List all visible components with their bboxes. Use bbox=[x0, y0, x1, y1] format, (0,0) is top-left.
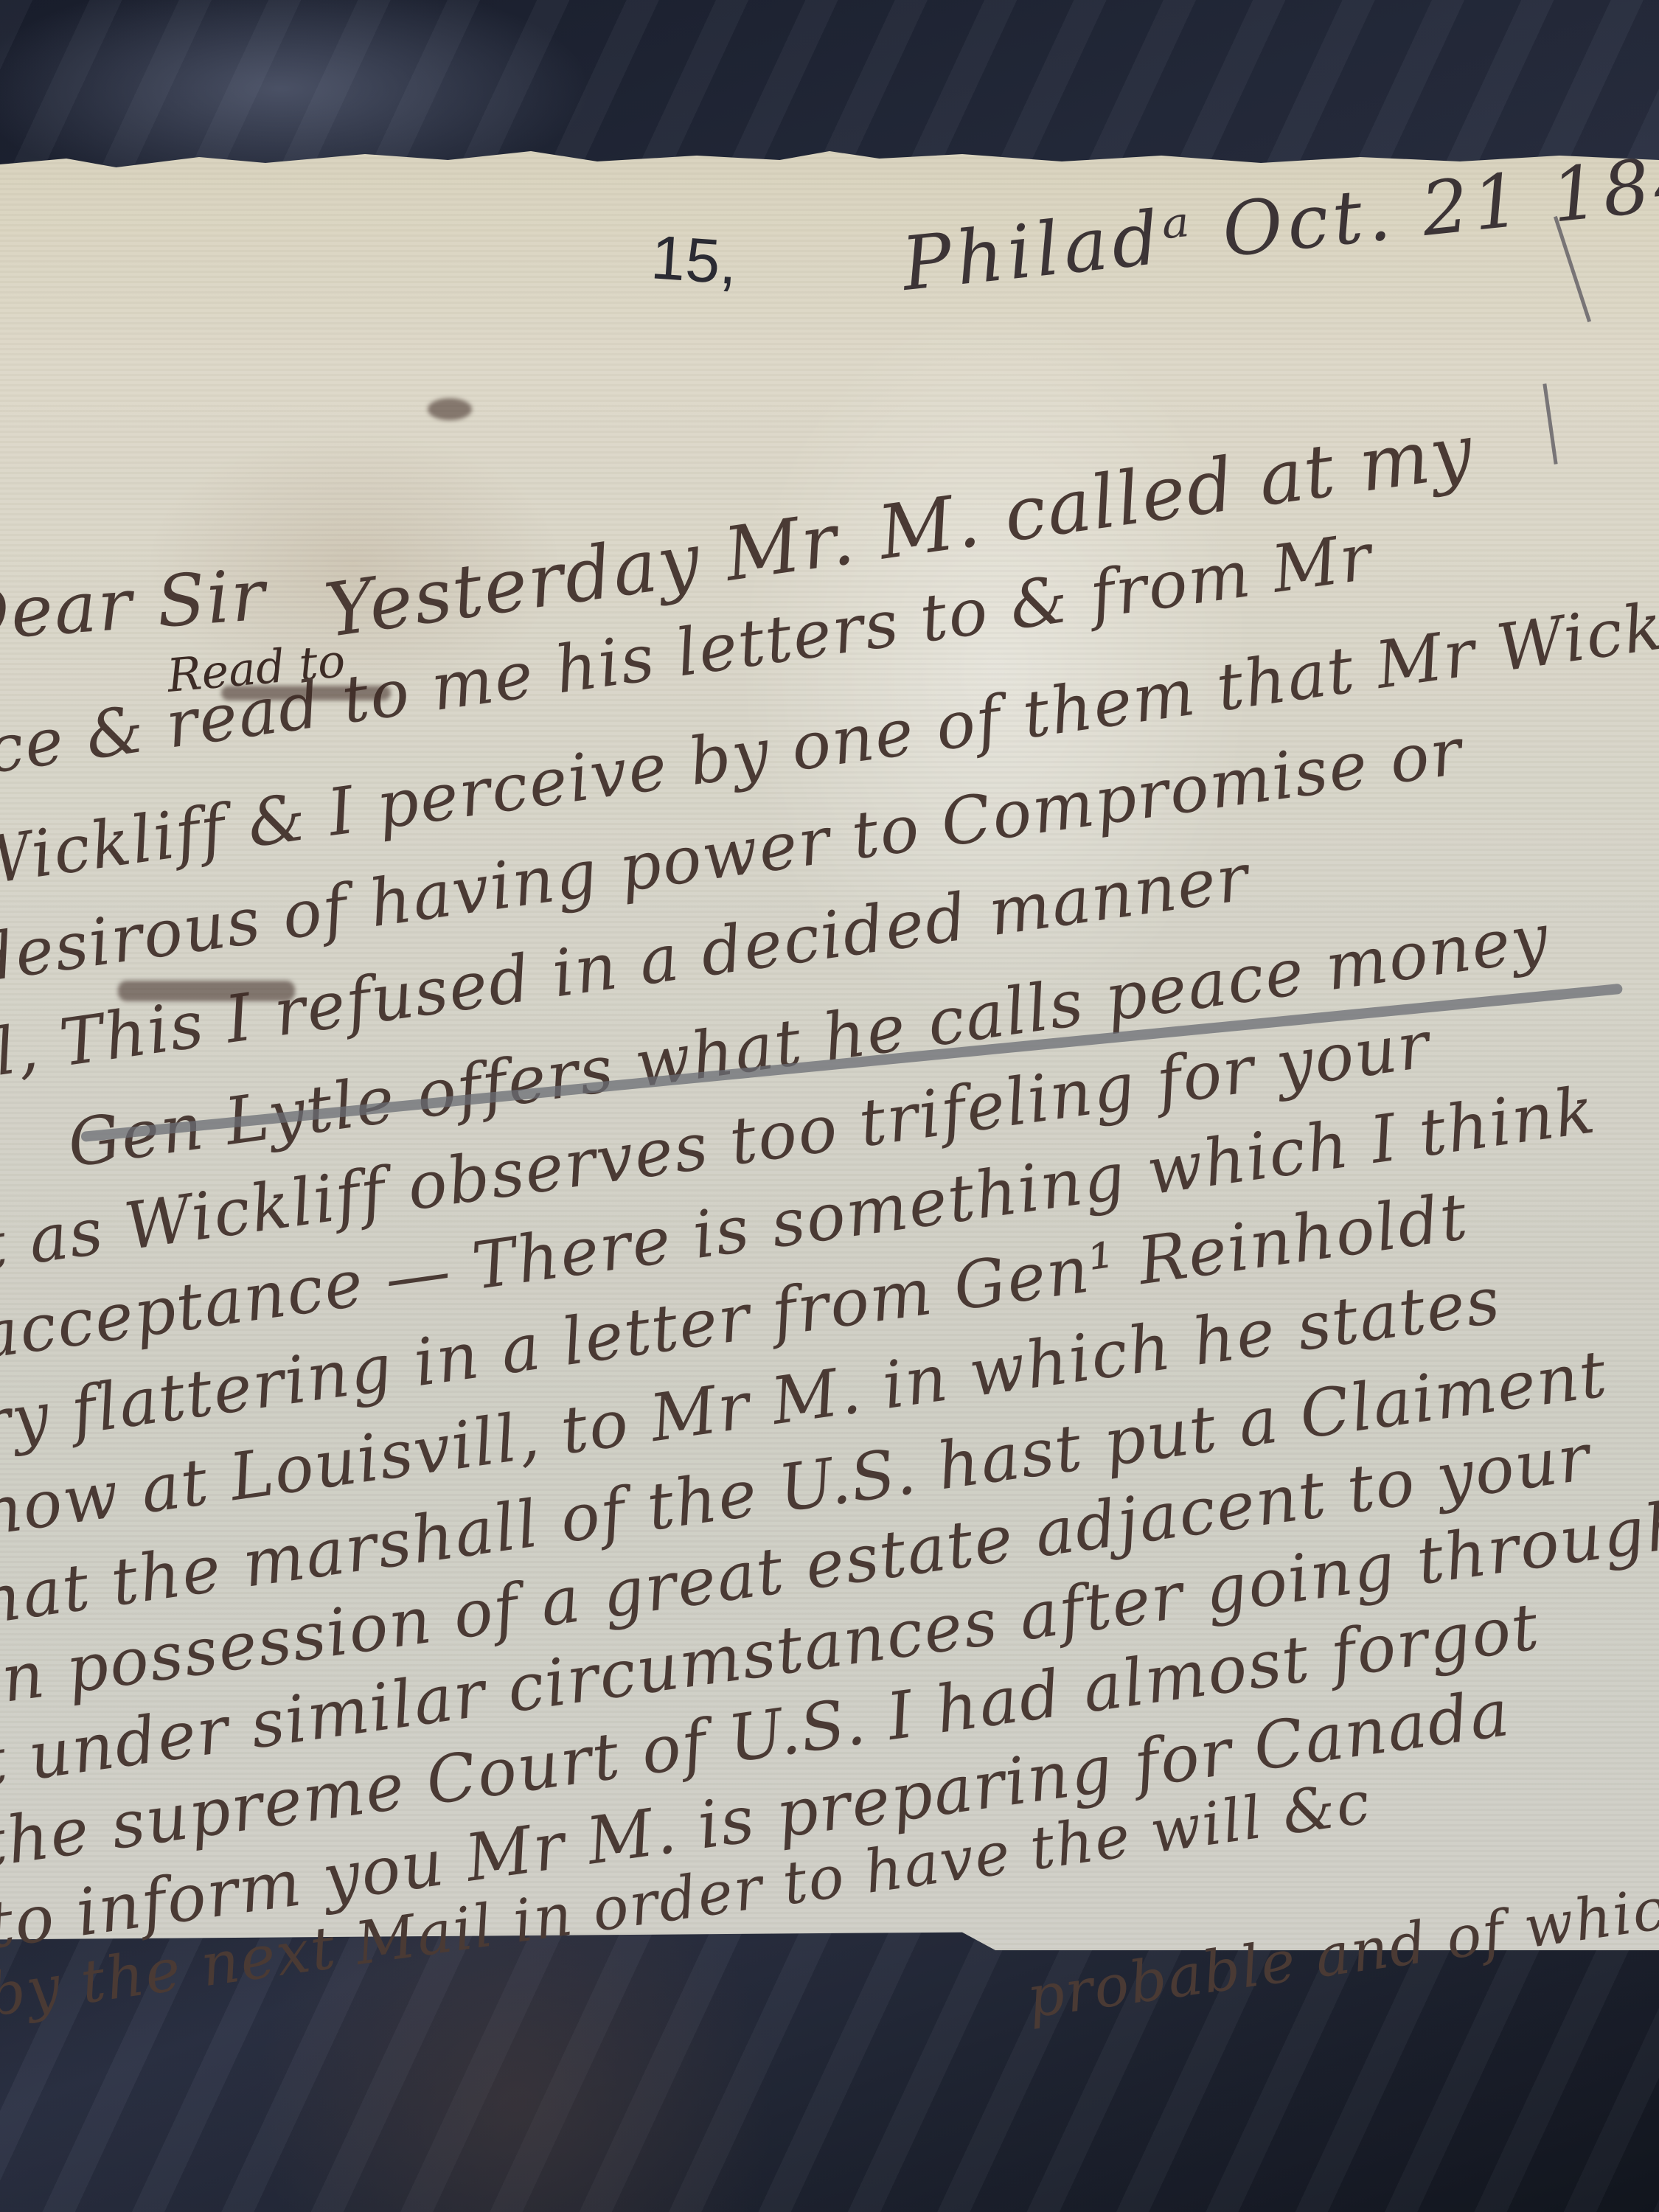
folio-number: 15, bbox=[649, 221, 740, 299]
ink-blot bbox=[428, 398, 472, 420]
struck-through-word bbox=[221, 686, 391, 700]
struck-through-word bbox=[118, 981, 295, 1001]
